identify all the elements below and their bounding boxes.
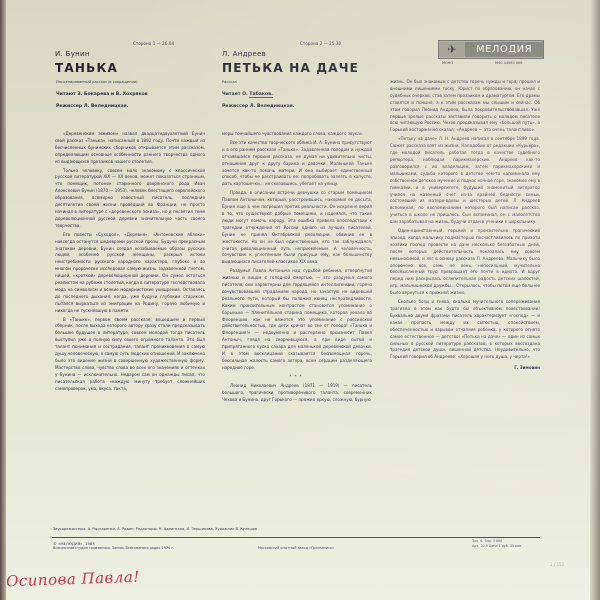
notes-paragraph: «Петьку на даче» Л. Н. Андреев написал в…: [390, 136, 540, 226]
notes-paragraph: Раздумья Павла Антоныча над судьбой ребе…: [222, 268, 372, 372]
pressing-plant: Московский опытный завод «Грамзапись»: [258, 546, 334, 550]
notes-paragraph: Правда, в описании встречи девчушки со с…: [222, 190, 372, 266]
notes-paragraph: Леонид Николаевич Андреев (1871 — 1919) …: [222, 383, 372, 404]
sleeve-edge-left: [0, 0, 6, 600]
notes-paragraph: меры тончайшего чувствования каждого сло…: [222, 131, 372, 138]
side-a-title: ТАНЬКА: [55, 61, 118, 75]
footer-divider: [52, 537, 540, 538]
price-info: Арт. 10.9 Цена 1 руб. 45 коп.: [472, 544, 522, 549]
record-sleeve-back: Сторона 1 — 26.04 И. Бунин ТАНЬКА Инсцен…: [0, 0, 600, 600]
side-b-readers-prefix: Читает О.: [222, 92, 248, 97]
print-info: Зак. 6. Тир. 3 000 Арт. 10.9 Цена 1 руб.…: [472, 539, 522, 549]
melodiya-brand: МЕЛОДИЯ: [465, 42, 543, 57]
side-b-reader-name: Табаков.: [249, 92, 272, 98]
side-a-readers: Читают З. Бокарева и В. Хохряков: [56, 92, 148, 97]
notes-column-3: жизнь. Он был знакомым с детства горечь …: [390, 79, 540, 521]
side-b-title: ПЕТЬКА НА ДАЧЕ: [222, 61, 359, 75]
sound-engineers-credit: Звукорежиссеры: А. Рыскаренко, А. Радин.…: [53, 527, 257, 531]
side-b-director: Режиссер Л. Веледницкая.: [222, 104, 294, 109]
faint-stamp: 1 / 552: [550, 562, 564, 567]
notes-paragraph: Только человеку, совсем мало знакомому с…: [55, 168, 205, 230]
notes-paragraph: Сколько боли и гнева, сколько мучительно…: [390, 299, 540, 361]
section-divider: ***: [222, 374, 372, 381]
melodiya-logo: ✈ МЕЛОДИЯ: [438, 40, 544, 59]
notes-signature: Г. Зимовин: [390, 365, 540, 372]
side-b-author: Л. Андреев: [222, 50, 266, 58]
notes-paragraph: жизнь. Он был знакомым с детства горечь …: [390, 79, 540, 134]
side-b-readers: Читает О. Табаков.: [222, 92, 273, 97]
side-a-author: И. Бунин: [55, 50, 90, 58]
notes-paragraph: Один-единственный, горький и пронзительн…: [390, 228, 540, 297]
side-a-label: Сторона 1 — 26.04: [133, 41, 174, 46]
notes-paragraph: Все эти качества творческого облика И. А…: [222, 140, 372, 188]
side-b-label: Сторона 2 — 25.30: [300, 41, 341, 46]
notes-paragraph: В «Таньке», первом своем рассказе, вошед…: [55, 317, 205, 393]
notes-column-2: меры тончайшего чувствования каждого сло…: [222, 131, 372, 521]
notes-paragraph: «Деревенским эскизом» назвал двадцатидву…: [55, 131, 205, 166]
handwritten-note: Осипова Павла!: [6, 568, 140, 591]
notes-paragraph: Его повести «Суходол», «Деревня», «Антон…: [55, 232, 205, 315]
channel-label: МОНО: [442, 61, 453, 65]
catalog-number: М40 44983 006: [495, 61, 523, 65]
side-a-director: Режиссер Л. Веледницкая.: [56, 104, 128, 109]
notes-column-1: «Деревенским эскизом» назвал двадцатидву…: [55, 131, 205, 521]
sleeve-edge-right: [590, 0, 600, 600]
studio-credit: Всесоюзная студия грамзаписи. Запись Все…: [53, 546, 174, 550]
side-b-subtitle: Рассказ: [222, 80, 237, 84]
side-a-subtitle: Инсценированный рассказ (в сокращении): [56, 80, 138, 84]
melodiya-emblem-icon: ✈: [439, 42, 465, 57]
